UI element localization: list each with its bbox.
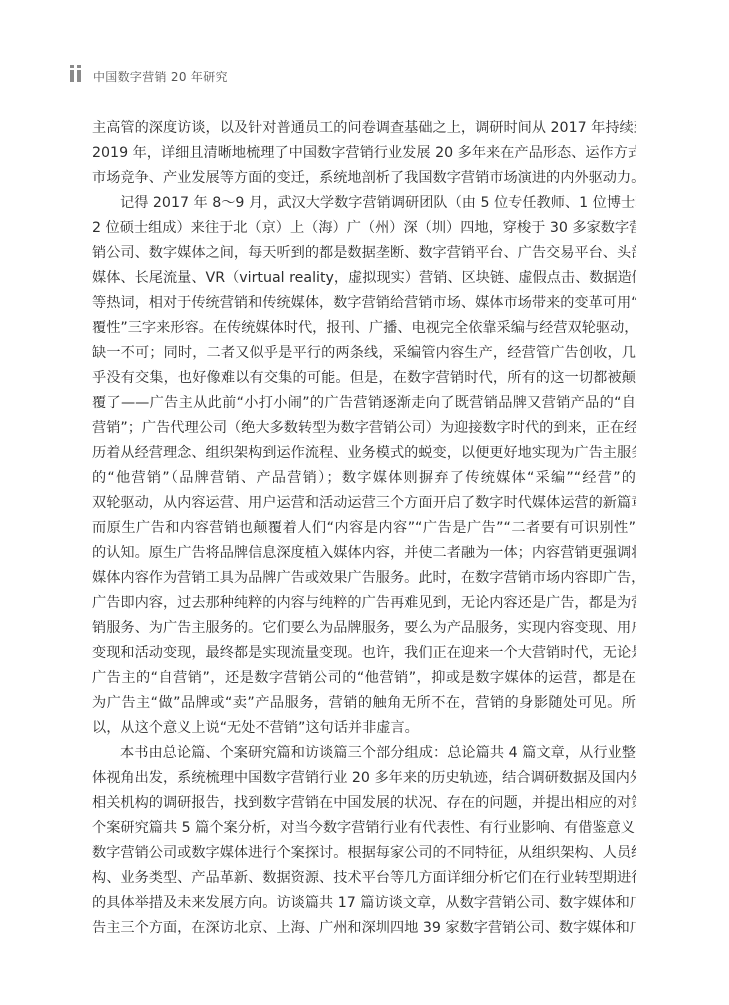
- text-line: 体视角出发，系统梳理中国数字营销行业 20 多年来的历史轨迹，结合调研数据及国内…: [92, 766, 636, 791]
- text-line: 覆性”三字来形容。在传统媒体时代，报刊、广播、电视完全依靠采编与经营双轮驱动，: [92, 316, 636, 341]
- text-line: 告主三个方面，在深访北京、上海、广州和深圳四地 39 家数字营销公司、数字媒体和…: [92, 916, 636, 941]
- text-line: 等热词，相对于传统营销和传统媒体，数字营销给营销市场、媒体市场带来的变革可用“颠: [92, 291, 636, 316]
- text-line: 构、业务类型、产品革新、数据资源、技术平台等几方面详细分析它们在行业转型期进行: [92, 866, 636, 891]
- text-line: 记得 2017 年 8～9 月，武汉大学数字营销调研团队（由 5 位专任教师、1…: [92, 191, 636, 216]
- text-line: 销服务、为广告主服务的。它们要么为品牌服务，要么为产品服务，实现内容变现、用户: [92, 616, 636, 641]
- text-line: 2019 年，详细且清晰地梳理了中国数字营销行业发展 20 多年来在产品形态、运…: [92, 141, 636, 166]
- text-line: 本书由总论篇、个案研究篇和访谈篇三个部分组成：总论篇共 4 篇文章，从行业整: [92, 741, 636, 766]
- text-line: 媒体、长尾流量、VR（virtual reality，虚拟现实）营销、区块链、虚…: [92, 266, 636, 291]
- body-text: 主高管的深度访谈，以及针对普通员工的问卷调查基础之上，调研时间从 2017 年持…: [92, 116, 636, 941]
- text-line: 广告主的“自营销”，还是数字营销公司的“他营销”，抑或是数字媒体的运营，都是在: [92, 666, 636, 691]
- paragraph-book-structure: 本书由总论篇、个案研究篇和访谈篇三个部分组成：总论篇共 4 篇文章，从行业整 体…: [92, 741, 636, 941]
- roman-numeral-folio-icon: [70, 70, 81, 82]
- text-line: 为广告主“做”品牌或“卖”产品服务，营销的触角无所不在，营销的身影随处可见。所: [92, 691, 636, 716]
- text-line: 个案研究篇共 5 篇个案分析，对当今数字营销行业有代表性、有行业影响、有借鉴意义…: [92, 816, 636, 841]
- text-line: 缺一不可；同时，二者又似乎是平行的两条线，采编管内容生产，经营管广告创收，几: [92, 341, 636, 366]
- text-line: 营销”；广告代理公司（绝大多数转型为数字营销公司）为迎接数字时代的到来，正在经: [92, 416, 636, 441]
- text-line: 媒体内容作为营销工具为品牌广告或效果广告服务。此时，在数字营销市场内容即广告，: [92, 566, 636, 591]
- book-title: 中国数字营销 20 年研究: [93, 68, 228, 85]
- text-line: 覆了——广告主从此前“小打小闹”的广告营销逐渐走向了既营销品牌又营销产品的“自: [92, 391, 636, 416]
- text-line: 广告即内容，过去那种纯粹的内容与纯粹的广告再难见到，无论内容还是广告，都是为营: [92, 591, 636, 616]
- paragraph-continuation: 主高管的深度访谈，以及针对普通员工的问卷调查基础之上，调研时间从 2017 年持…: [92, 116, 636, 191]
- text-line: 的认知。原生广告将品牌信息深度植入媒体内容，并使二者融为一体；内容营销更强调将: [92, 541, 636, 566]
- text-line: 变现和活动变现，最终都是实现流量变现。也许，我们正在迎来一个大营销时代，无论是: [92, 641, 636, 666]
- text-line: 市场竞争、产业发展等方面的变迁，系统地剖析了我国数字营销市场演进的内外驱动力。: [92, 166, 636, 191]
- text-line: 销公司、数字媒体之间，每天听到的都是数据垄断、数字营销平台、广告交易平台、头部: [92, 241, 636, 266]
- text-line: 乎没有交集，也好像难以有交集的可能。但是，在数字营销时代，所有的这一切都被颠: [92, 366, 636, 391]
- running-header: 中国数字营销 20 年研究: [70, 66, 228, 86]
- text-line: 的具体举措及未来发展方向。访谈篇共 17 篇访谈文章，从数字营销公司、数字媒体和…: [92, 891, 636, 916]
- text-line: 数字营销公司或数字媒体进行个案探讨。根据每家公司的不同特征，从组织架构、人员结: [92, 841, 636, 866]
- text-line: 2 位硕士组成）来往于北（京）上（海）广（州）深（圳）四地，穿梭于 30 多家数…: [92, 216, 636, 241]
- text-line: 主高管的深度访谈，以及针对普通员工的问卷调查基础之上，调研时间从 2017 年持…: [92, 116, 636, 141]
- text-line: 的“他营销”（品牌营销、产品营销）；数字媒体则摒弃了传统媒体“采编”“经营”的: [92, 466, 636, 491]
- text-line: 双轮驱动，从内容运营、用户运营和活动运营三个方面开启了数字时代媒体运营的新篇章。: [92, 491, 636, 516]
- text-line: 而原生广告和内容营销也颠覆着人们“内容是内容”“广告是广告”“二者要有可识别性”: [92, 516, 636, 541]
- paragraph-research-trip: 记得 2017 年 8～9 月，武汉大学数字营销调研团队（由 5 位专任教师、1…: [92, 191, 636, 741]
- text-line: 历着从经营理念、组织架构到运作流程、业务模式的蜕变，以便更好地实现为广告主服务: [92, 441, 636, 466]
- text-line: 以，从这个意义上说“无处不营销”这句话并非虚言。: [92, 716, 636, 741]
- text-line: 相关机构的调研报告，找到数字营销在中国发展的状况、存在的问题，并提出相应的对策。: [92, 791, 636, 816]
